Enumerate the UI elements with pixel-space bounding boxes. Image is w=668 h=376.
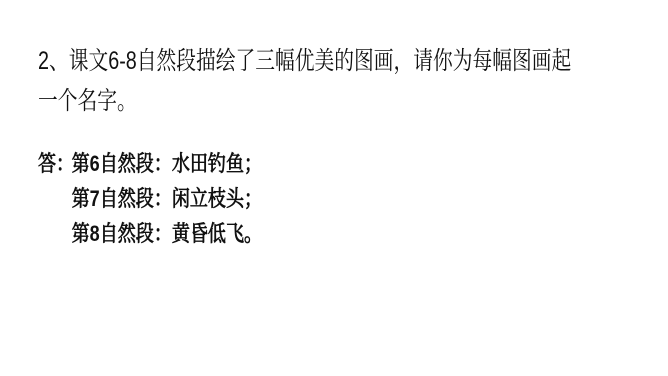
answer-line-3: 第8自然段：黄昏低飞。	[38, 216, 262, 251]
answer-block: 答：第6自然段：水田钓鱼； 第7自然段：闲立枝头； 第8自然段：黄昏低飞。	[38, 146, 262, 251]
question-line-1: 2、课文6-8自然段描绘了三幅优美的图画，请你为每幅图画起	[38, 41, 571, 81]
answer-prefix: 答：	[38, 146, 72, 181]
question-line-2: 一个名字。	[38, 81, 571, 121]
answer-line-1: 答：第6自然段：水田钓鱼；	[38, 146, 262, 181]
presentation-slide: 2、课文6-8自然段描绘了三幅优美的图画，请你为每幅图画起 一个名字。 答：第6…	[0, 0, 668, 376]
question-block: 2、课文6-8自然段描绘了三幅优美的图画，请你为每幅图画起 一个名字。	[38, 41, 571, 121]
answer-line-1-text: 第6自然段：水田钓鱼；	[72, 151, 262, 176]
answer-line-2: 第7自然段：闲立枝头；	[38, 181, 262, 216]
